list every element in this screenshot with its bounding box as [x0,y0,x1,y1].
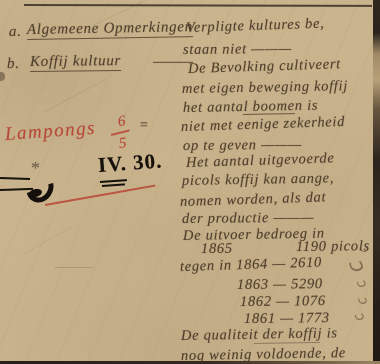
body-line: niet met eenige zekerheid [181,114,346,136]
body-line: Het aantal uitgevoerde [186,150,335,172]
margin-check-icon: ɔ [351,310,369,324]
entry-b-label: Koffij kultuur [30,53,121,71]
entry-a-index: a. [9,24,22,41]
entry-a-label-text: Algemeene Opmerkingen [27,19,193,40]
entry-b-index: b. [7,56,20,73]
body-line: met eigen beweging koffij [182,78,348,98]
margin-check-icon: ɔ [354,295,371,307]
entry-a-label: Algemeene Opmerkingen [27,19,193,39]
margin-check-icon: ɔ [343,257,371,277]
faint-showthrough-stroke [44,79,106,113]
faint-pencil-line [55,267,93,268]
page-right-edge [373,0,380,364]
iv-underline-2 [102,183,125,187]
export-row: tegen in 1864 — 2610 [180,255,323,276]
body-line: De Bevolking cultiveert [188,56,341,78]
margin-check-icon: ɔ [353,277,371,291]
scribble-line-1 [0,177,30,180]
faint-showthrough-stroke [23,226,71,254]
body-line: staan niet ——— [183,41,292,59]
iv-underline-1 [100,179,127,183]
export-intro-year: 1865 [201,241,233,258]
body-line: nomen worden, als dat [180,189,327,211]
red-note-lampongs: Lampongs [4,118,97,146]
top-rule [24,4,372,7]
koffij-underline [254,342,320,345]
body-line: Verpligte kultures be, [186,16,325,37]
export-row: 1862 — 1076 [240,293,326,311]
entry-b-label-text: Koffij kultuur [30,53,121,72]
red-fraction-numerator: 6 [117,113,127,131]
black-note-iv30: IV. 30. [97,149,163,178]
red-diagonal-line [45,185,156,206]
document-page: a. Algemeene Opmerkingen b. Koffij kultu… [0,0,380,364]
equals-sign: = [140,118,149,134]
body-line: picols koffij kan aange, [182,170,334,190]
export-row: 1863 — 5290 [237,276,323,294]
left-edge-mark [0,72,5,81]
